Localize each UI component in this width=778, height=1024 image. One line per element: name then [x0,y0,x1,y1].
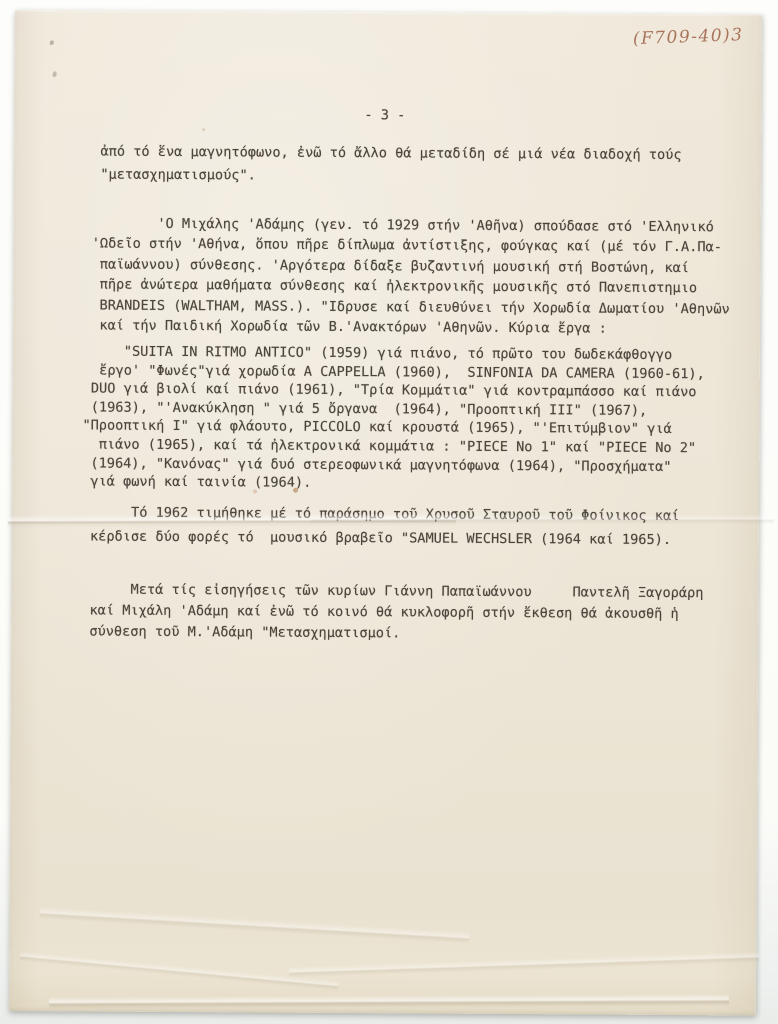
foxing-spot [293,488,298,493]
paragraph-biography: 'Ο Μιχάλης 'Αδάμης (γεν. τό 1929 στήν 'Α… [83,213,730,339]
paper-wrinkle [39,907,469,944]
paragraph-closing: Μετά τίς εἰσηγήσεις τῶν κυρίων Γιάννη Πα… [81,579,703,646]
paper-sheet: (F709-40)3 - 3 - ἀπό τό ἕνα μαγνητόφωνο,… [9,10,762,1016]
fold-crease [311,514,774,524]
paper-wrinkle [289,952,759,978]
paragraph-works-list: "SUITA IN RITMO ANTICO" (1959) γιά πιάνο… [82,342,705,495]
handwritten-catalog-number: (F709-40)3 [633,25,744,49]
foxing-spot [253,489,257,493]
paper-wrinkle [49,994,729,1009]
foxing-spot [202,128,205,131]
staple-mark [49,40,55,46]
paragraph-intro: ἀπό τό ἕνα μαγνητόφωνο, ἐνῶ τό ἄλλο θά μ… [84,140,682,189]
scan-background: (F709-40)3 - 3 - ἀπό τό ἕνα μαγνητόφωνο,… [0,0,778,1024]
page-number: - 3 - [364,107,405,123]
staple-mark [52,71,57,78]
